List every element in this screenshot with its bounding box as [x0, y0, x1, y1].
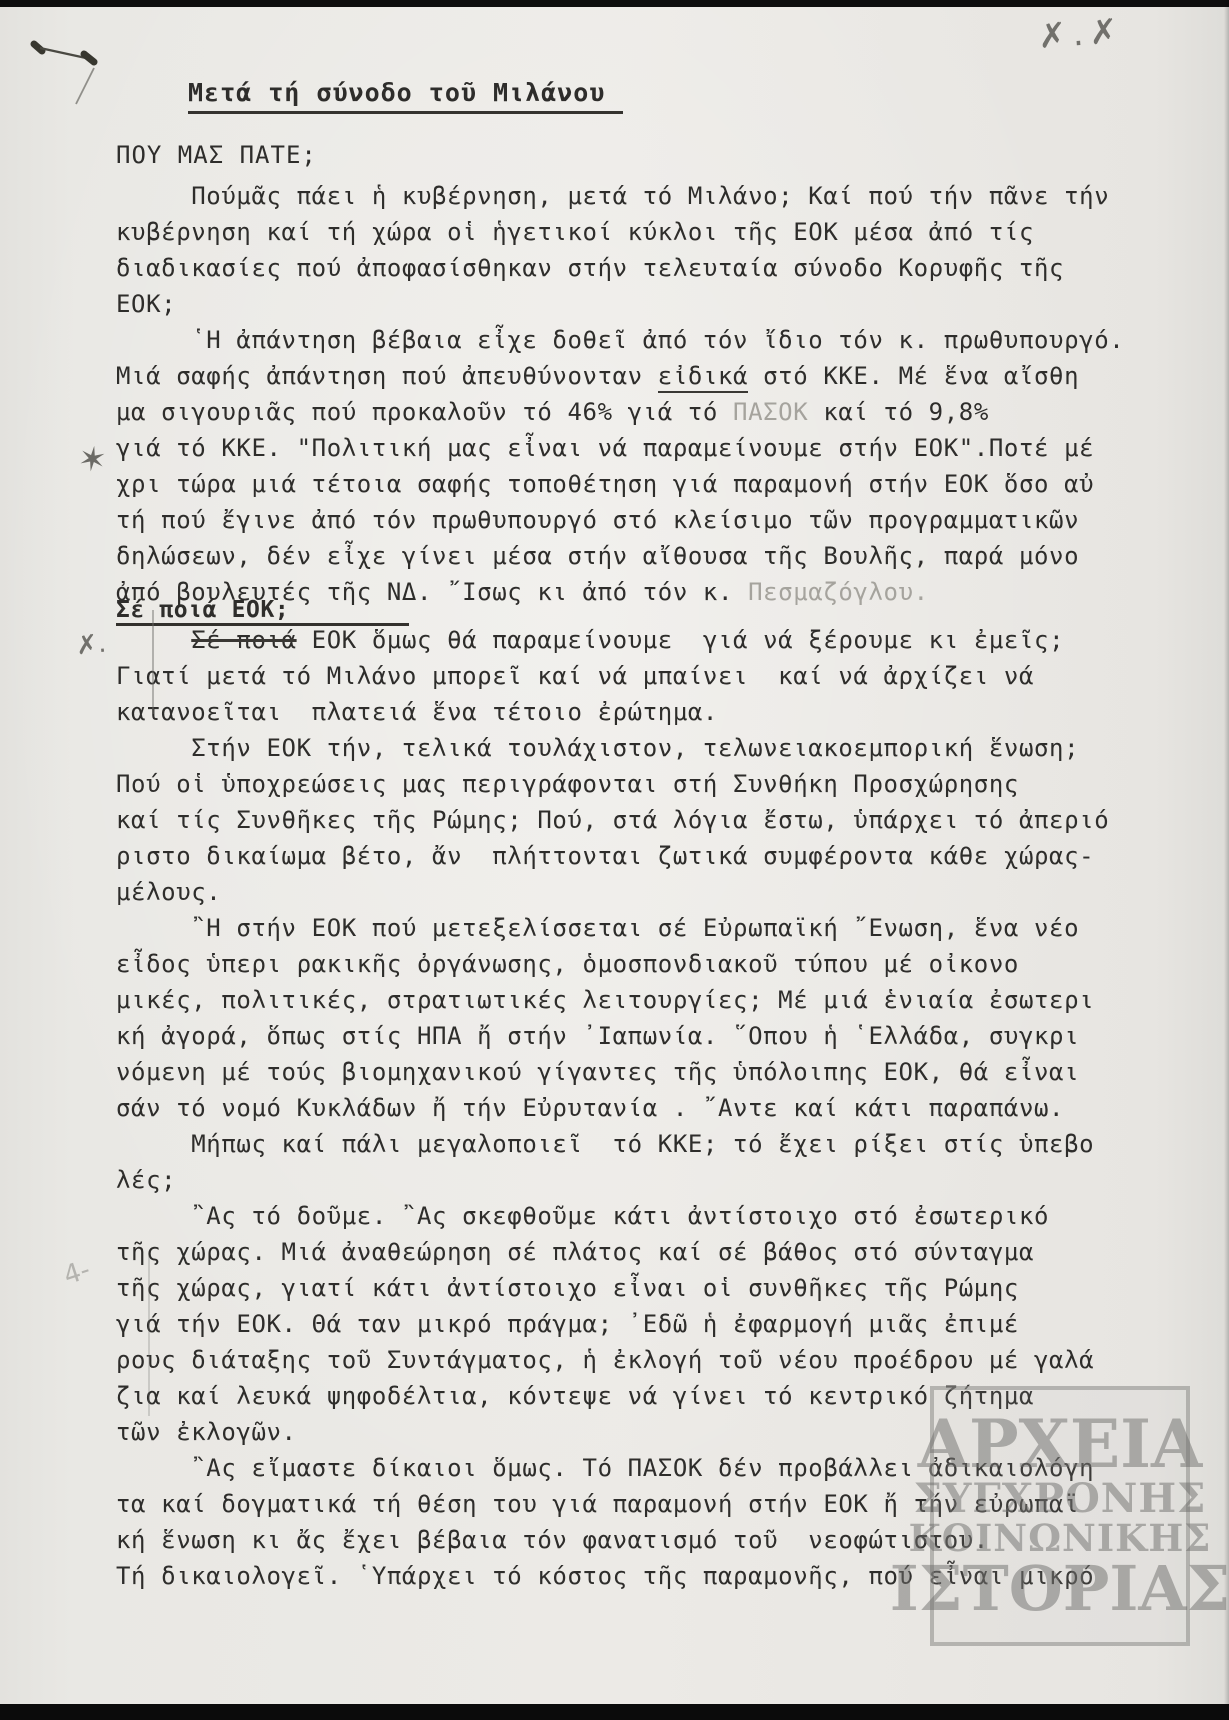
text-line: ριστο δικαίωμα βέτο, ἄν πλήττονται ζωτικ… [116, 838, 1176, 874]
text-line: σάν τό νομό Κυκλάδων ἤ τήν Εὐρυτανία . ῎… [116, 1090, 1176, 1126]
scanned-document-page: ✗.✗ Μετά τή σύνοδο τοῦ Μιλάνου ΠΟΥ ΜΑΣ Π… [0, 0, 1229, 1720]
margin-pencil-line [152, 610, 154, 714]
text-line: γιά τό ΚΚΕ. "Πολιτική μας εἶναι νά παραμ… [116, 430, 1176, 466]
staple-mark-icon [20, 18, 130, 108]
text-line: τῶν ἐκλογῶν. [116, 1414, 1176, 1450]
text-line: Μήπως καί πάλι μεγαλοποιεῖ τό ΚΚΕ; τό ἔχ… [116, 1126, 1176, 1162]
text-line: Πού οἱ ὑποχρεώσεις μας περιγράφονται στή… [116, 766, 1176, 802]
text-line: ζια καί λευκά ψηφοδέλτια, κόντεψε νά γίν… [116, 1378, 1176, 1414]
text-line: τῆς χώρας. Μιά ἀναθεώρηση σέ πλάτος καί … [116, 1234, 1176, 1270]
text-line: Στήν ΕΟΚ τήν, τελικά τουλάχιστον, τελωνε… [116, 730, 1176, 766]
paragraph: ῾Η ἀπάντηση βέβαια εἶχε δοθεῖ ἀπό τόν ἴδ… [116, 322, 1176, 610]
text-line: ΕΟΚ; [116, 286, 1176, 322]
text-line: ῍Ας εἴμαστε δίκαιοι ὅμως. Τό ΠΑΣΟΚ δέν π… [116, 1450, 1176, 1486]
scan-edge-bottom [0, 1704, 1229, 1720]
text-line: εἶδος ὑπερι ρακικῆς ὀργάνωσης, ὁμοσπονδι… [116, 946, 1176, 982]
text-line: Πούμᾶς πάει ἡ κυβέρνηση, μετά τό Μιλάνο;… [116, 178, 1176, 214]
paragraphs-container: Πούμᾶς πάει ἡ κυβέρνηση, μετά τό Μιλάνο;… [116, 178, 1176, 1594]
margin-x-mark: ✗. [75, 629, 108, 662]
text-line: Σέ ποιά ΕΟΚ ὅμως θά παραμείνουμε γιά νά … [116, 622, 1176, 658]
text-line: κατανοεῖται πλατειά ἕνα τέτοιο ἐρώτημα. [116, 694, 1176, 730]
text-line: ῾Η ἀπάντηση βέβαια εἶχε δοθεῖ ἀπό τόν ἴδ… [116, 322, 1176, 358]
margin-asterisk-mark: ✶ [75, 438, 109, 482]
margin-pencil-line [148, 1256, 150, 1416]
paragraph: Στήν ΕΟΚ τήν, τελικά τουλάχιστον, τελωνε… [116, 730, 1176, 910]
text-line: ῍Ας τό δοῦμε. ῍Ας σκεφθοῦμε κάτι ἀντίστο… [116, 1198, 1176, 1234]
handwritten-x-marks: ✗.✗ [1037, 11, 1125, 57]
text-line: κυβέρνηση καί τή χώρα οἱ ἡγετικοί κύκλοι… [116, 214, 1176, 250]
text-line: γιά τήν ΕΟΚ. Θά ταν μικρό πράγμα; ᾽Εδῶ ἡ… [116, 1306, 1176, 1342]
text-line: κή ἕνωση κι ἄς ἔχει βέβαια τόν φανατισμό… [116, 1522, 1176, 1558]
paragraph: ῍Η στήν ΕΟΚ πού μετεξελίσσεται σέ Εὐρωπα… [116, 910, 1176, 1126]
text-line: Μιά σαφής ἀπάντηση πού ἀπευθύνονταν εἰδι… [116, 358, 1176, 394]
text-line: μικές, πολιτικές, στρατιωτικές λειτουργί… [116, 982, 1176, 1018]
scan-edge-right [1224, 0, 1229, 1720]
text-line: νόμενη μέ τούς βιομηχανικού γίγαντες τῆς… [116, 1054, 1176, 1090]
paragraph: Σέ ποιά ΕΟΚ; Σέ ποιά ΕΟΚ ὅμως θά παραμεί… [116, 600, 1176, 730]
text-line: τῆς χώρας, γιατί κάτι ἀντίστοιχο εἶναι ο… [116, 1270, 1176, 1306]
text-line: Γιατί μετά τό Μιλάνο μπορεῖ καί νά μπαίν… [116, 658, 1176, 694]
document-title: Μετά τή σύνοδο τοῦ Μιλάνου [188, 78, 623, 114]
text-line: τή πού ἔγινε ἀπό τόν πρωθυπουργό στό κλε… [116, 502, 1176, 538]
text-line: λές; [116, 1162, 1176, 1198]
text-line: ρους διάταξης τοῦ Συντάγματος, ἡ ἐκλογή … [116, 1342, 1176, 1378]
text-line: χρι τώρα μιά τέτοια σαφής τοποθέτηση γιά… [116, 466, 1176, 502]
text-line: διαδικασίες πού ἀποφασίσθηκαν στήν τελευ… [116, 250, 1176, 286]
text-line: κή ἀγορά, ὅπως στίς ΗΠΑ ἤ στήν ᾽Ιαπωνία.… [116, 1018, 1176, 1054]
section-heading: ΠΟΥ ΜΑΣ ΠΑΤΕ; [116, 138, 1176, 178]
margin-faint-mark: 4- [60, 1255, 94, 1292]
text-line: ῍Η στήν ΕΟΚ πού μετεξελίσσεται σέ Εὐρωπα… [116, 910, 1176, 946]
paragraph: Πούμᾶς πάει ἡ κυβέρνηση, μετά τό Μιλάνο;… [116, 178, 1176, 322]
text-line: μα σιγουριᾶς πού προκαλοῦν τό 46% γιά τό… [116, 394, 1176, 430]
text-line: δηλώσεων, δέν εἶχε γίνει μέσα στήν αἴθου… [116, 538, 1176, 574]
document-body: ΠΟΥ ΜΑΣ ΠΑΤΕ; Πούμᾶς πάει ἡ κυβέρνηση, μ… [116, 138, 1176, 1594]
text-line: Τή δικαιολογεῖ. ῾Υπάρχει τό κόστος τῆς π… [116, 1558, 1176, 1594]
text-line: τα καί δογματικά τή θέση του γιά παραμον… [116, 1486, 1176, 1522]
paragraph: ῍Ας εἴμαστε δίκαιοι ὅμως. Τό ΠΑΣΟΚ δέν π… [116, 1450, 1176, 1594]
paragraph: Μήπως καί πάλι μεγαλοποιεῖ τό ΚΚΕ; τό ἔχ… [116, 1126, 1176, 1198]
scan-edge-top [0, 0, 1229, 7]
paragraph: ῍Ας τό δοῦμε. ῍Ας σκεφθοῦμε κάτι ἀντίστο… [116, 1198, 1176, 1450]
text-line: μέλους. [116, 874, 1176, 910]
text-line: καί τίς Συνθῆκες τῆς Ρώμης; Πού, στά λόγ… [116, 802, 1176, 838]
